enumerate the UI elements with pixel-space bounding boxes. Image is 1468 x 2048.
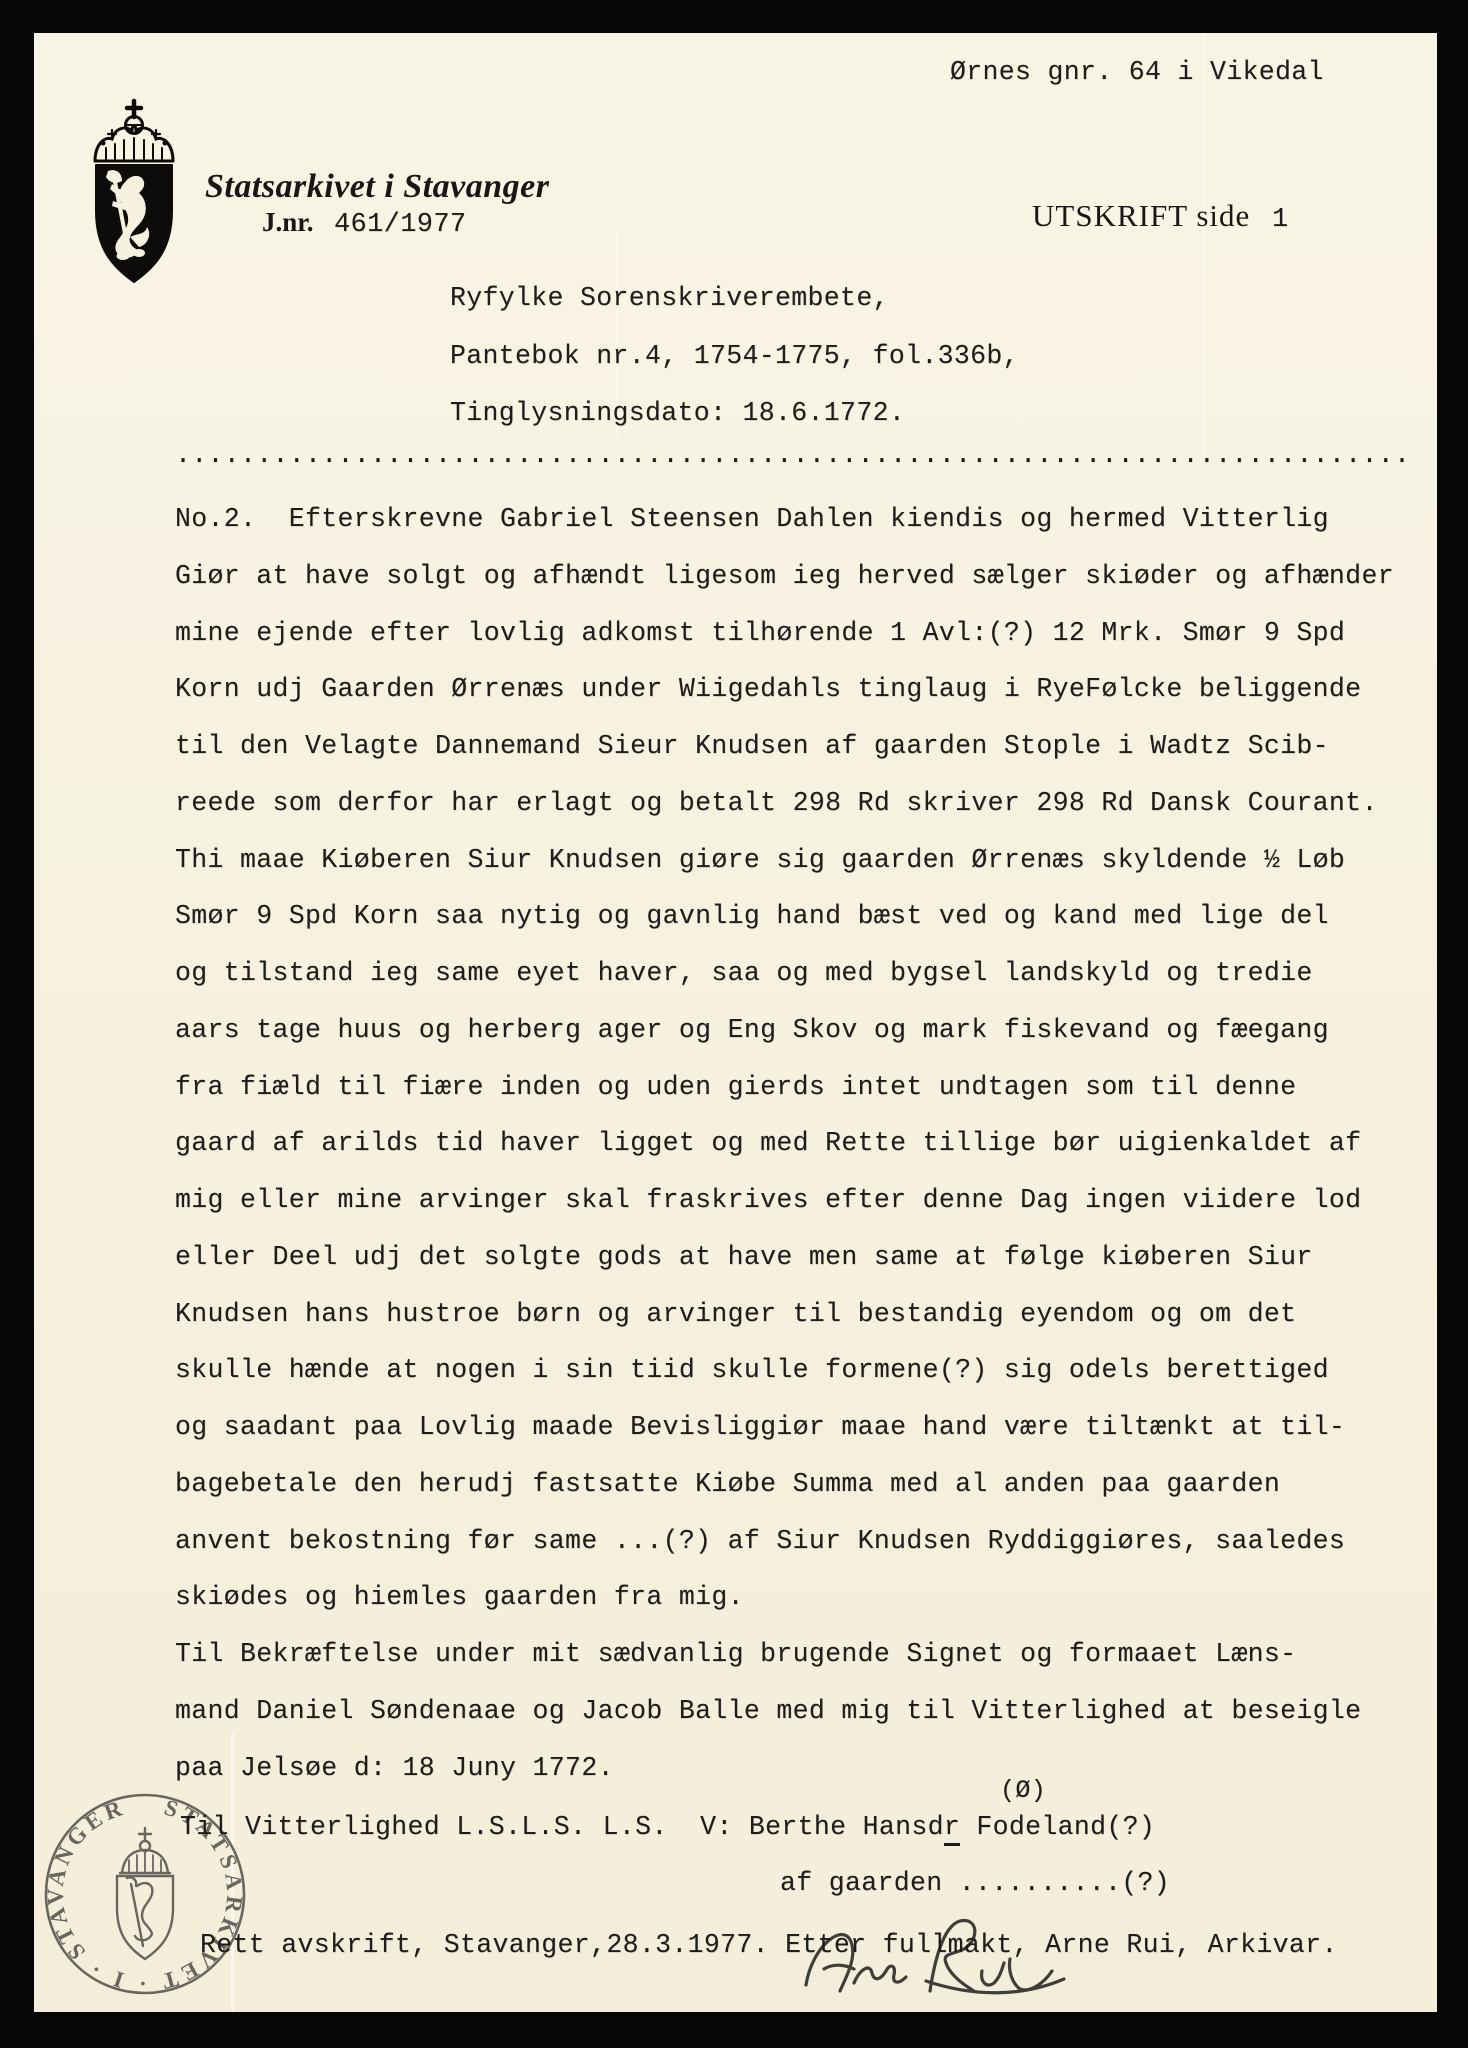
body-line: Smør 9 Spd Korn saa nytig og gavnlig han… (175, 901, 1329, 931)
norwegian-coat-of-arms-logo (82, 98, 186, 286)
body-line: anvent bekostning før same ...(?) af Siu… (175, 1526, 1345, 1556)
body-line: Korn udj Gaarden Ørrenæs under Wiigedahl… (175, 674, 1361, 704)
utskrift-label: UTSKRIFT side (1032, 198, 1250, 234)
underlined-letter: r (944, 1812, 960, 1846)
witness-line-pre: Til Vitterlighed L.S.L.S. L.S. V: Berthe… (180, 1812, 944, 1842)
source-date-line: Tinglysningsdato: 18.6.1772. (450, 398, 905, 428)
body-line: No.2. Efterskrevne Gabriel Steensen Dahl… (175, 504, 1329, 534)
witness-line-post: Fodeland(?) (960, 1812, 1155, 1842)
body-line: reede som derfor har erlagt og betalt 29… (175, 788, 1378, 818)
scan-crease (1203, 33, 1205, 463)
body-line: bagebetale den herudj fastsatte Kiøbe Su… (175, 1469, 1280, 1499)
body-line: eller Deel udj det solgte gods at have m… (175, 1242, 1313, 1272)
body-line: Til Bekræftelse under mit sædvanlig brug… (175, 1639, 1296, 1669)
correction-annotation: (Ø) (1000, 1777, 1046, 1806)
body-line: fra fiæld til fiære inden og uden gierds… (175, 1072, 1296, 1102)
body-line: skiødes og hiemles gaarden fra mig. (175, 1582, 744, 1612)
journal-number-value: 461/1977 (334, 210, 466, 241)
body-line: skulle hænde at nogen i sin tiid skulle … (175, 1355, 1329, 1385)
archive-name: Statsarkivet i Stavanger (205, 168, 549, 206)
body-line: paa Jelsøe d: 18 Juny 1772. (175, 1753, 614, 1783)
body-line: og tilstand ieg same eyet haver, saa og … (175, 958, 1313, 988)
source-book-line: Pantebok nr.4, 1754-1775, fol.336b, (450, 341, 1019, 371)
body-line: gaard af arilds tid haver ligget og med … (175, 1128, 1361, 1158)
body-line: mig eller mine arvinger skal fraskrives … (175, 1185, 1361, 1215)
body-line: Giør at have solgt og afhændt ligesom ie… (175, 561, 1394, 591)
body-line: mine ejende efter lovlig adkomst tilhøre… (175, 618, 1345, 648)
body-line: og saadant paa Lovlig maade Bevisliggiør… (175, 1412, 1345, 1442)
certification-line: Rett avskrift, Stavanger,28.3.1977. Ette… (200, 1930, 1338, 1960)
body-line: til den Velagte Dannemand Sieur Knudsen … (175, 731, 1329, 761)
scanned-document-background: Ørnes gnr. 64 i Vikedal (0, 0, 1468, 2048)
document-page: Ørnes gnr. 64 i Vikedal (34, 33, 1437, 2012)
page-number: 1 (1272, 205, 1289, 236)
witness-line: Til Vitterlighed L.S.L.S. L.S. V: Berthe… (180, 1812, 1155, 1842)
body-line: aars tage huus og herberg ager og Eng Sk… (175, 1015, 1329, 1045)
reference-heading: Ørnes gnr. 64 i Vikedal (950, 57, 1324, 87)
body-line: mand Daniel Søndenaae og Jacob Balle med… (175, 1696, 1361, 1726)
journal-number-label: J.nr. (262, 207, 314, 238)
source-court-line: Ryfylke Sorenskriverembete, (450, 283, 889, 313)
body-line: Knudsen hans hustroe børn og arvinger ti… (175, 1299, 1296, 1329)
separator-dots: ........................................… (175, 440, 1410, 470)
stamp-coat-of-arms (117, 1828, 173, 1959)
body-line: Thi maae Kiøberen Siur Knudsen giøre sig… (175, 845, 1345, 875)
